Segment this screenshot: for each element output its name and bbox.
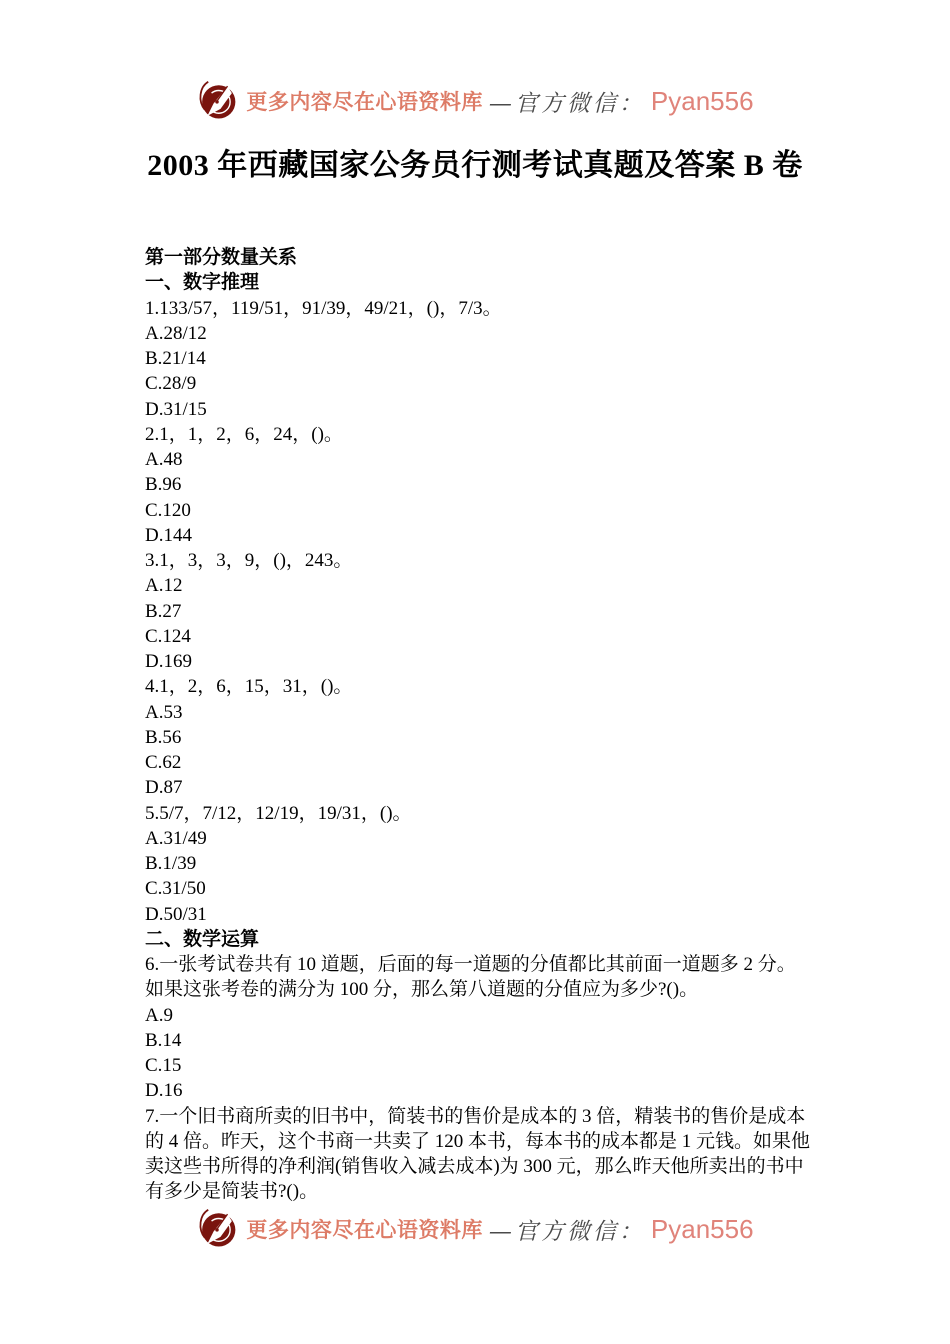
- sub2-heading: 二、数学运算: [145, 927, 817, 952]
- question-6-option-c: C.15: [145, 1053, 817, 1078]
- question-2-stem: 2.1，1，2，6，24，()。: [145, 422, 817, 447]
- watermark-main-text: 更多内容尽在心语资料库: [246, 1214, 483, 1244]
- question-1-option-c: C.28/9: [145, 371, 817, 396]
- question-1-option-d: D.31/15: [145, 397, 817, 422]
- watermark-wechat-label: —官方微信：: [489, 85, 645, 118]
- watermark-main-text: 更多内容尽在心语资料库: [246, 86, 483, 116]
- watermark-wechat-label: —官方微信：: [489, 1213, 645, 1246]
- question-5-option-d: D.50/31: [145, 902, 817, 927]
- question-1-option-b: B.21/14: [145, 346, 817, 371]
- question-2-option-b: B.96: [145, 472, 817, 497]
- question-3-option-c: C.124: [145, 624, 817, 649]
- question-6-option-b: B.14: [145, 1028, 817, 1053]
- question-2-option-d: D.144: [145, 523, 817, 548]
- watermark-wechat-account: Pyan556: [651, 1214, 754, 1245]
- pen-nib-logo-icon: [196, 1206, 238, 1252]
- document-title: 2003 年西藏国家公务员行测考试真题及答案 B 卷: [0, 140, 950, 184]
- question-5-option-a: A.31/49: [145, 826, 817, 851]
- question-6-option-d: D.16: [145, 1078, 817, 1103]
- question-3-option-a: A.12: [145, 573, 817, 598]
- watermark-wechat-account: Pyan556: [651, 86, 754, 117]
- question-4-stem: 4.1，2，6，15，31，()。: [145, 674, 817, 699]
- pen-nib-logo-icon: [196, 78, 238, 124]
- sub1-heading: 一、数字推理: [145, 270, 817, 295]
- question-4-option-b: B.56: [145, 725, 817, 750]
- footer-watermark: 更多内容尽在心语资料库 —官方微信： Pyan556: [0, 1206, 950, 1252]
- question-7-stem: 7.一个旧书商所卖的旧书中，简装书的售价是成本的 3 倍，精装书的售价是成本 的…: [145, 1104, 817, 1205]
- question-3-stem: 3.1，3，3，9，()，243。: [145, 548, 817, 573]
- question-4-option-a: A.53: [145, 700, 817, 725]
- question-4-option-d: D.87: [145, 775, 817, 800]
- question-1-option-a: A.28/12: [145, 321, 817, 346]
- question-2-option-c: C.120: [145, 498, 817, 523]
- part1-heading: 第一部分数量关系: [145, 245, 817, 270]
- document-page: 更多内容尽在心语资料库 —官方微信： Pyan556 2003 年西藏国家公务员…: [0, 0, 950, 1344]
- question-3-option-d: D.169: [145, 649, 817, 674]
- header-watermark: 更多内容尽在心语资料库 —官方微信： Pyan556: [0, 78, 950, 124]
- question-6-option-a: A.9: [145, 1003, 817, 1028]
- question-2-option-a: A.48: [145, 447, 817, 472]
- exam-body: 第一部分数量关系 一、数字推理 1.133/57，119/51，91/39，49…: [145, 245, 817, 1205]
- question-5-stem: 5.5/7，7/12，12/19，19/31，()。: [145, 801, 817, 826]
- question-1-stem: 1.133/57，119/51，91/39，49/21，()，7/3。: [145, 296, 817, 321]
- question-6-stem: 6.一张考试卷共有 10 道题，后面的每一道题的分值都比其前面一道题多 2 分。…: [145, 952, 817, 1003]
- question-5-option-c: C.31/50: [145, 876, 817, 901]
- question-5-option-b: B.1/39: [145, 851, 817, 876]
- question-4-option-c: C.62: [145, 750, 817, 775]
- question-3-option-b: B.27: [145, 599, 817, 624]
